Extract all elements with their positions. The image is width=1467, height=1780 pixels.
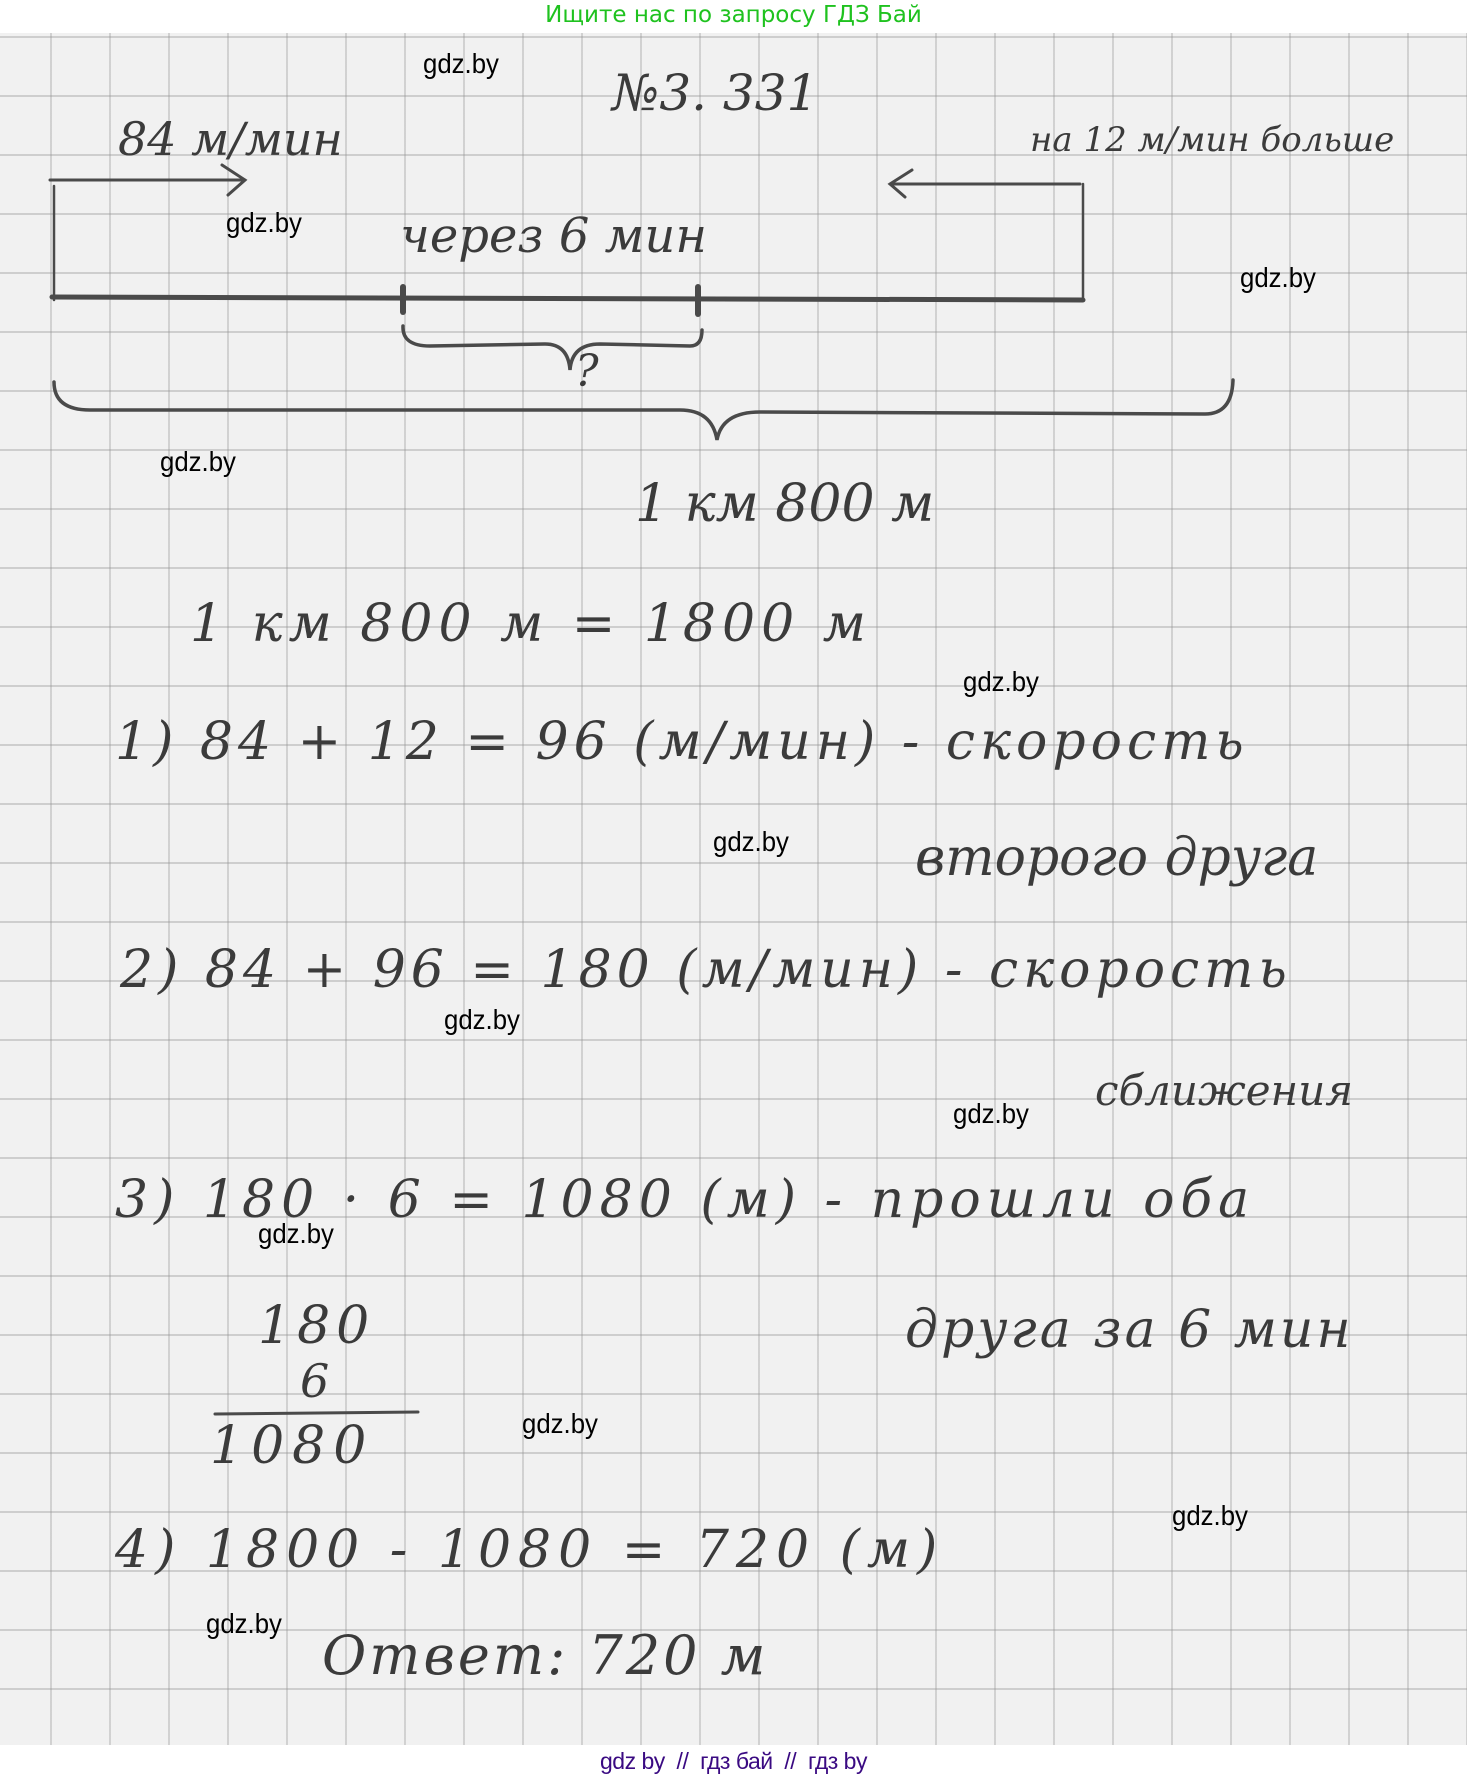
watermark: gdz.by bbox=[258, 1218, 334, 1250]
watermark: gdz.by bbox=[1172, 1500, 1248, 1532]
top-banner: Ищите нас по запросу ГДЗ Бай bbox=[0, 0, 1467, 33]
column-mult-multiplier: 6 bbox=[300, 1354, 329, 1408]
watermark: gdz.by bbox=[522, 1408, 598, 1440]
problem-number: №3. 331 bbox=[612, 64, 818, 122]
time-label: через 6 мин bbox=[400, 208, 707, 264]
left-speed-label: 84 м/мин bbox=[118, 112, 343, 166]
step-1-note: второго друга bbox=[915, 828, 1318, 888]
bottom-banner: gdz by // гдз бай // гдз by bbox=[0, 1745, 1467, 1780]
unit-conversion: 1 км 800 м = 1800 м bbox=[190, 594, 872, 654]
total-distance-label: 1 км 800 м bbox=[635, 474, 934, 534]
column-mult-result: 1080 bbox=[210, 1416, 374, 1476]
unknown-label: ? bbox=[575, 346, 599, 397]
answer: Ответ: 720 м bbox=[322, 1624, 768, 1687]
bottom-banner-text: gdz by // гдз бай // гдз by bbox=[600, 1748, 867, 1774]
watermark: gdz.by bbox=[226, 207, 302, 239]
watermark: gdz.by bbox=[1240, 262, 1316, 294]
column-mult-top: 180 bbox=[258, 1296, 375, 1356]
watermark: gdz.by bbox=[423, 48, 499, 80]
step-2-note: сближения bbox=[1095, 1066, 1353, 1115]
step-4: 4) 1800 - 1080 = 720 (м) bbox=[115, 1520, 944, 1580]
right-speed-label: на 12 м/мин больше bbox=[1030, 120, 1394, 160]
step-3-note: друга за 6 мин bbox=[905, 1300, 1354, 1360]
step-2: 2) 84 + 96 = 180 (м/мин) - скорость bbox=[120, 940, 1292, 1000]
watermark: gdz.by bbox=[444, 1004, 520, 1036]
watermark: gdz.by bbox=[713, 826, 789, 858]
watermark: gdz.by bbox=[953, 1098, 1029, 1130]
watermark: gdz.by bbox=[963, 666, 1039, 698]
step-1: 1) 84 + 12 = 96 (м/мин) - скорость bbox=[115, 712, 1249, 772]
watermark: gdz.by bbox=[160, 446, 236, 478]
top-banner-text: Ищите нас по запросу ГДЗ Бай bbox=[545, 2, 922, 28]
watermark: gdz.by bbox=[206, 1608, 282, 1640]
